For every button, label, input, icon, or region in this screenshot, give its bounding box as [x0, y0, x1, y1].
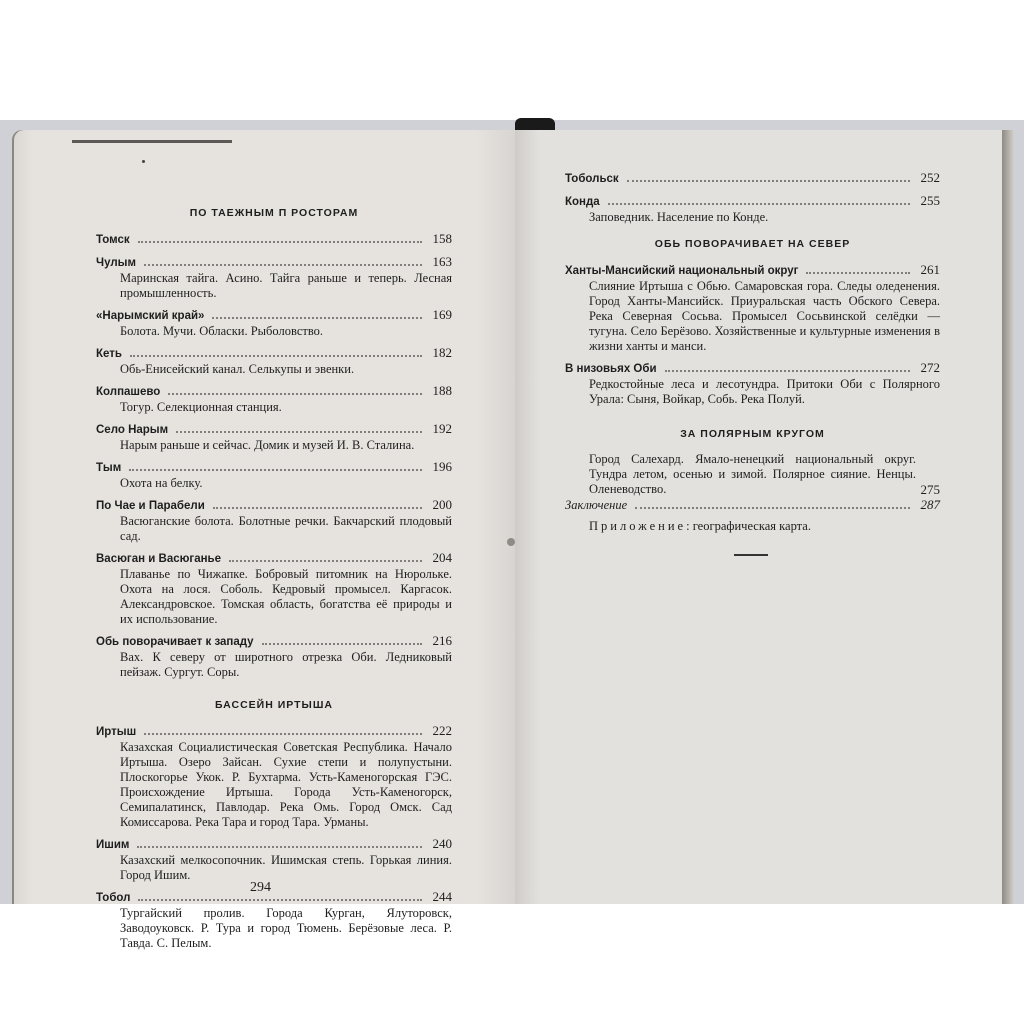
dot-leader — [635, 507, 910, 509]
toc-entry[interactable]: Чулым163Маринская тайга. Асино. Тайга ра… — [96, 254, 452, 301]
toc-entry[interactable]: «Нарымский край»169Болота. Мучи. Обласки… — [96, 307, 452, 339]
entry-title: Васюган и Васюганье — [96, 552, 221, 567]
entry-heading: Конда255 — [565, 193, 940, 210]
entry-heading: Васюган и Васюганье204 — [96, 550, 452, 567]
entry-page-number: 261 — [916, 262, 940, 277]
toc-left: ПО ТАЕЖНЫМ П РОСТОРАМ Томск158Чулым163Ма… — [96, 200, 452, 957]
dot-leader — [138, 241, 422, 243]
toc-entry[interactable]: Конда255Заповедник. Население по Конде. — [565, 193, 940, 225]
entry-description: Редкостойные леса и лесотундра. Притоки … — [589, 377, 940, 407]
entry-heading: Тобольск252 — [565, 170, 940, 187]
section-entries: Тобольск252Конда255Заповедник. Население… — [565, 170, 940, 225]
dot-leader — [144, 264, 422, 266]
entry-description: Болота. Мучи. Обласки. Рыболовство. — [120, 324, 452, 339]
entry-title: Заключение — [565, 498, 627, 513]
page-block-edge — [1002, 130, 1014, 904]
entry-page-number: 169 — [428, 307, 452, 322]
appendix-text: : географическая карта. — [686, 519, 811, 533]
toc-entry[interactable]: Кеть182Обь-Енисейский канал. Селькупы и … — [96, 345, 452, 377]
dot-leader — [137, 846, 422, 848]
entry-heading: Томск158 — [96, 231, 452, 248]
entry-title: Тым — [96, 461, 121, 476]
dot-leader — [213, 507, 422, 509]
entry-heading: По Чае и Парабели200 — [96, 497, 452, 514]
entry-title: Кеть — [96, 347, 122, 362]
toc-right: Тобольск252Конда255Заповедник. Население… — [565, 170, 940, 534]
entry-title: В низовьях Оби — [565, 362, 657, 377]
dot-leader — [168, 393, 422, 395]
entry-page-number: 275 — [916, 482, 940, 497]
entry-title: Село Нарым — [96, 423, 168, 438]
entry-description: Слияние Иртыша с Обью. Самаровская гора.… — [589, 279, 940, 354]
dot-leader — [806, 272, 910, 274]
section-title: БАССЕЙН ИРТЫША — [96, 698, 452, 713]
toc-entry[interactable]: Тобол244Тургайский пролив. Города Курган… — [96, 889, 452, 951]
entry-heading: В низовьях Оби272 — [565, 360, 940, 377]
toc-entry[interactable]: Село Нарым192Нарым раньше и сейчас. Доми… — [96, 421, 452, 453]
entry-title: Чулым — [96, 256, 136, 271]
entry-page-number: 272 — [916, 360, 940, 375]
entry-heading: Ханты-Мансийский национальный округ261 — [565, 262, 940, 279]
section-title: ОБЬ ПОВОРАЧИВАЕТ НА СЕВЕР — [565, 237, 940, 252]
entry-description: Казахская Социалистическая Советская Рес… — [120, 740, 452, 830]
entry-page-number: 287 — [916, 497, 940, 512]
entry-description: Вах. К северу от широтного отрезка Оби. … — [120, 650, 452, 680]
section-entries: Иртыш222Казахская Социалистическая Совет… — [96, 723, 452, 951]
entry-page-number: 192 — [428, 421, 452, 436]
entry-heading: «Нарымский край»169 — [96, 307, 452, 324]
entry-description: Охота на белку. — [120, 476, 452, 491]
section-title: ПО ТАЕЖНЫМ П РОСТОРАМ — [96, 206, 452, 221]
dot-leader — [130, 355, 422, 357]
entry-description: Плаванье по Чижапке. Бобровый питомник н… — [120, 567, 452, 627]
toc-entry[interactable]: Тобольск252 — [565, 170, 940, 187]
dot-leader — [176, 431, 422, 433]
toc-entry[interactable]: Томск158 — [96, 231, 452, 248]
entry-page-number: 240 — [428, 836, 452, 851]
entry-heading: Кеть182 — [96, 345, 452, 362]
end-rule — [734, 554, 768, 556]
entry-heading: Тым196 — [96, 459, 452, 476]
entry-page-number: 188 — [428, 383, 452, 398]
dot-leader — [665, 370, 910, 372]
page-number: 294 — [250, 880, 271, 896]
toc-entry[interactable]: Васюган и Васюганье204Плаванье по Чижапк… — [96, 550, 452, 627]
toc-entry[interactable]: Колпашево188Тогур. Селекционная станция. — [96, 383, 452, 415]
toc-entry-conclusion[interactable]: Заключение 287 — [565, 497, 940, 513]
entry-heading: Тобол244 — [96, 889, 452, 906]
entry-page-number: 182 — [428, 345, 452, 360]
entry-title: «Нарымский край» — [96, 309, 204, 324]
entry-page-number: 204 — [428, 550, 452, 565]
entry-description: Нарым раньше и сейчас. Домик и музей И. … — [120, 438, 452, 453]
appendix-label: Приложение — [589, 519, 686, 533]
entry-heading: Иртыш222 — [96, 723, 452, 740]
toc-entry-arctic[interactable]: Город Салехард. Ямало-ненецкий националь… — [565, 452, 940, 497]
entry-title: По Чае и Парабели — [96, 499, 205, 514]
dot-leader — [627, 180, 910, 182]
section-entries: Томск158Чулым163Маринская тайга. Асино. … — [96, 231, 452, 680]
toc-entry[interactable]: Обь поворачивает к западу216Вах. К север… — [96, 633, 452, 680]
toc-entry[interactable]: По Чае и Парабели200Васюганские болота. … — [96, 497, 452, 544]
entry-page-number: 163 — [428, 254, 452, 269]
entry-page-number: 244 — [428, 889, 452, 904]
paper-speck — [142, 160, 145, 163]
dot-leader — [608, 203, 910, 205]
entry-title: Томск — [96, 233, 130, 248]
entry-page-number: 158 — [428, 231, 452, 246]
toc-entry[interactable]: Иртыш222Казахская Социалистическая Совет… — [96, 723, 452, 830]
entry-title: Тобол — [96, 891, 130, 906]
toc-entry[interactable]: В низовьях Оби272Редкостойные леса и лес… — [565, 360, 940, 407]
dot-leader — [144, 733, 422, 735]
appendix-note: Приложение: географическая карта. — [589, 519, 940, 534]
dot-leader — [212, 317, 422, 319]
entry-page-number: 255 — [916, 193, 940, 208]
entry-page-number: 216 — [428, 633, 452, 648]
gutter-mark — [507, 538, 515, 546]
entry-title: Иртыш — [96, 725, 136, 740]
entry-heading: Чулым163 — [96, 254, 452, 271]
worn-edge-mark — [72, 140, 232, 143]
toc-entry[interactable]: Ишим240Казахский мелкосопочник. Ишимская… — [96, 836, 452, 883]
entry-description: Тогур. Селекционная станция. — [120, 400, 452, 415]
section-entries: Ханты-Мансийский национальный округ261Сл… — [565, 262, 940, 407]
entry-title: Тобольск — [565, 172, 619, 187]
entry-page-number: 222 — [428, 723, 452, 738]
entry-description: Город Салехард. Ямало-ненецкий националь… — [589, 452, 916, 497]
entry-page-number: 252 — [916, 170, 940, 185]
entry-description: Обь-Енисейский канал. Селькупы и эвенки. — [120, 362, 452, 377]
entry-heading: Обь поворачивает к западу216 — [96, 633, 452, 650]
entry-title: Колпашево — [96, 385, 160, 400]
entry-description: Тургайский пролив. Города Курган, Ялутор… — [120, 906, 452, 951]
dot-leader — [229, 560, 422, 562]
entry-description: Заповедник. Население по Конде. — [589, 210, 940, 225]
toc-entry[interactable]: Тым196Охота на белку. — [96, 459, 452, 491]
entry-title: Ханты-Мансийский национальный округ — [565, 264, 798, 279]
entry-heading: Село Нарым192 — [96, 421, 452, 438]
dot-leader — [129, 469, 422, 471]
entry-page-number: 196 — [428, 459, 452, 474]
entry-heading: Колпашево188 — [96, 383, 452, 400]
entry-title: Обь поворачивает к западу — [96, 635, 254, 650]
entry-description: Маринская тайга. Асино. Тайга раньше и т… — [120, 271, 452, 301]
toc-entry[interactable]: Ханты-Мансийский национальный округ261Сл… — [565, 262, 940, 354]
entry-title: Конда — [565, 195, 600, 210]
entry-description: Васюганские болота. Болотные речки. Бакч… — [120, 514, 452, 544]
entry-description: Казахский мелкосопочник. Ишимская степь.… — [120, 853, 452, 883]
section-title: ЗА ПОЛЯРНЫМ КРУГОМ — [565, 427, 940, 442]
entry-heading: Ишим240 — [96, 836, 452, 853]
entry-title: Ишим — [96, 838, 129, 853]
dot-leader — [262, 643, 422, 645]
entry-page-number: 200 — [428, 497, 452, 512]
dot-leader — [138, 899, 422, 901]
